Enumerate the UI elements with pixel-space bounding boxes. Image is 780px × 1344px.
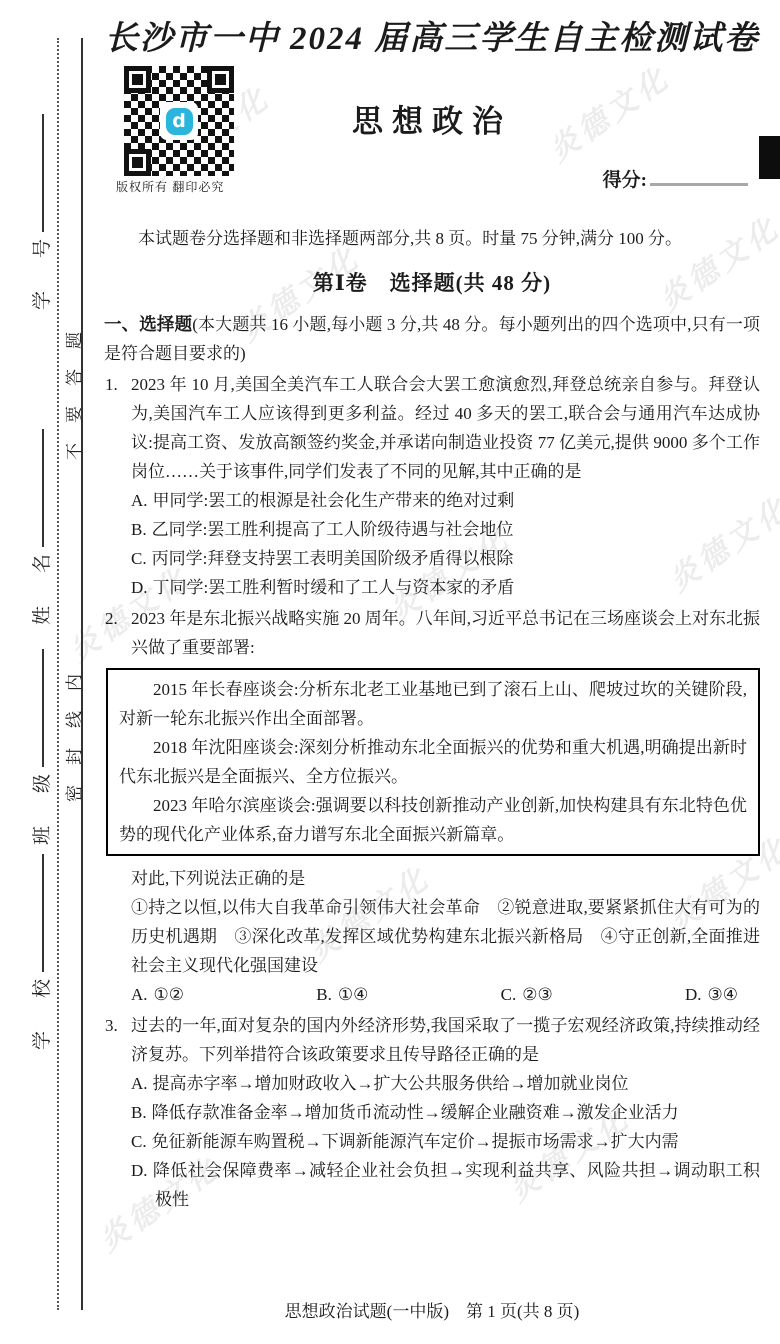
question-3-stem: 过去的一年,面对复杂的国内外经济形势,我国采取了一揽子宏观经济政策,持续推动经济… (131, 1016, 760, 1064)
question-3-option-a: A.提高赤字率→增加财政收入→扩大公共服务供给→增加就业岗位 (131, 1069, 760, 1098)
question-2: 2. 2023 年是东北振兴战略实施 20 周年。八年间,习近平总书记在三场座谈… (104, 604, 760, 662)
question-2-stem: 2023 年是东北振兴战略实施 20 周年。八年间,习近平总书记在三场座谈会上对… (131, 609, 760, 657)
choice-c: C.②③ (501, 980, 553, 1009)
page-footer: 思想政治试题(一中版) 第 1 页(共 8 页) (104, 1297, 760, 1326)
option-label: C. (131, 549, 147, 568)
option-text: 甲同学:罢工的根源是社会化生产带来的绝对过剩 (153, 491, 515, 510)
question-3-option-b: B.降低存款准备金率→增加货币流动性→缓解企业融资难→激发企业活力 (131, 1098, 760, 1127)
choice-text: ①④ (338, 985, 368, 1004)
option-label: D. (131, 578, 148, 597)
blank-line (40, 114, 44, 232)
choice-label: B. (316, 985, 332, 1004)
score-label: 得分: (603, 170, 647, 191)
option-text: 降低存款准备金率→增加货币流动性→缓解企业融资难→激发企业活力 (152, 1103, 679, 1122)
option-text: 免征新能源车购置税→下调新能源汽车定价→提振市场需求→扩大内需 (152, 1132, 679, 1151)
exam-title: 长沙市一中 2024 届高三学生自主检测试卷 (104, 16, 760, 62)
choice-a: A.①② (131, 980, 184, 1009)
question-2-prompt: 对此,下列说法正确的是 (131, 864, 760, 893)
option-label: D. (131, 1161, 148, 1180)
option-label: C. (131, 1132, 147, 1151)
option-text: 丁同学:罢工胜利暂时缓和了工人与资本家的矛盾 (153, 578, 515, 597)
sidebar-field-student-number: 学 号 (28, 114, 57, 310)
question-1-stem: 2023 年 10 月,美国全美汽车工人联合会大罢工愈演愈烈,拜登总统亲自参与。… (131, 375, 760, 481)
choice-b: B.①④ (316, 980, 368, 1009)
exam-paper-page: 炎德文化 炎德文化 炎德文化 炎德文化 炎德文化 炎德文化 炎德文化 炎德文化 … (0, 0, 780, 1344)
sidebar-field-label: 班 级 (32, 767, 53, 845)
question-1-option-d: D.丁同学:罢工胜利暂时缓和了工人与资本家的矛盾 (131, 573, 760, 602)
choice-d: D.③④ (685, 980, 738, 1009)
page-edge-print-mark (759, 136, 780, 179)
option-label: B. (131, 1103, 147, 1122)
qr-finder-icon (124, 149, 151, 176)
choice-text: ①② (154, 985, 184, 1004)
qr-finder-icon (207, 66, 234, 93)
sidebar-field-label: 学 号 (32, 232, 53, 310)
score-field: 得分: (603, 164, 748, 195)
option-label: A. (131, 491, 148, 510)
material-paragraph: 2018 年沈阳座谈会:深刻分析推动东北全面振兴的优势和重大机遇,明确提出新时代… (119, 733, 747, 791)
blank-line (40, 854, 44, 972)
section-note: (本大题共 16 小题,每小题 3 分,共 48 分。每小题列出的四个选项中,只… (104, 315, 760, 363)
choice-label: D. (685, 985, 702, 1004)
question-1-option-c: C.丙同学:拜登支持罢工表明美国阶级矛盾得以根除 (131, 544, 760, 573)
section-heading: 一、选择题(本大题共 16 小题,每小题 3 分,共 48 分。每小题列出的四个… (104, 310, 760, 368)
question-3-number: 3. (105, 1011, 118, 1040)
header-block: d 版权所有 翻印必究 思想政治 得分: (104, 62, 760, 214)
question-2-choices: A.①② B.①④ C.②③ D.③④ (131, 980, 760, 1009)
sidebar-field-school: 学 校 (28, 854, 57, 1050)
option-text: 降低社会保障费率→减轻企业社会负担→实现利益共享、风险共担→调动职工积极性 (153, 1161, 760, 1209)
option-label: A. (131, 1074, 148, 1093)
question-1: 1. 2023 年 10 月,美国全美汽车工人联合会大罢工愈演愈烈,拜登总统亲自… (104, 370, 760, 486)
choice-label: A. (131, 985, 148, 1004)
qr-finder-icon (124, 66, 151, 93)
material-box: 2015 年长春座谈会:分析东北老工业基地已到了滚石上山、爬坡过坎的关键阶段,对… (106, 668, 760, 856)
score-blank-line (650, 164, 748, 186)
choice-label: C. (501, 985, 517, 1004)
question-2-statements: ①持之以恒,以伟大自我革命引领伟大社会革命 ②锐意进取,要紧紧抓住大有可为的历史… (131, 893, 760, 980)
sidebar-field-name: 姓 名 (28, 429, 57, 625)
seal-text-upper: 不要答题 (60, 312, 89, 460)
option-label: B. (131, 520, 147, 539)
blank-line (40, 649, 44, 767)
seal-text-lower: 密封线内 (60, 654, 89, 802)
choice-text: ③④ (708, 985, 738, 1004)
seal-dotted-line (57, 38, 59, 1310)
material-paragraph: 2023 年哈尔滨座谈会:强调要以科技创新推动产业创新,加快构建具有东北特色优势… (119, 791, 747, 849)
blank-line (40, 429, 44, 547)
sidebar-field-label: 姓 名 (32, 547, 53, 625)
exam-instructions: 本试题卷分选择题和非选择题两部分,共 8 页。时量 75 分钟,满分 100 分… (104, 224, 760, 253)
choice-text: ②③ (522, 985, 552, 1004)
copyright-caption: 版权所有 翻印必究 (116, 178, 246, 196)
material-paragraph: 2015 年长春座谈会:分析东北老工业基地已到了滚石上山、爬坡过坎的关键阶段,对… (119, 675, 747, 733)
option-text: 提高赤字率→增加财政收入→扩大公共服务供给→增加就业岗位 (153, 1074, 629, 1093)
main-content: 长沙市一中 2024 届高三学生自主检测试卷 d 版权所有 翻印必究 思想政治 … (104, 0, 760, 1214)
sidebar-field-label: 学 校 (32, 972, 53, 1050)
subject-title: 思想政治 (104, 102, 760, 142)
section-label: 一、选择题 (104, 314, 192, 334)
question-3-option-c: C.免征新能源车购置税→下调新能源汽车定价→提振市场需求→扩大内需 (131, 1127, 760, 1156)
part1-title: 第Ⅰ卷 选择题(共 48 分) (104, 269, 760, 298)
question-1-option-a: A.甲同学:罢工的根源是社会化生产带来的绝对过剩 (131, 486, 760, 515)
question-1-option-b: B.乙同学:罢工胜利提高了工人阶级待遇与社会地位 (131, 515, 760, 544)
question-3-option-d: D.降低社会保障费率→减轻企业社会负担→实现利益共享、风险共担→调动职工积极性 (131, 1156, 760, 1214)
option-text: 乙同学:罢工胜利提高了工人阶级待遇与社会地位 (152, 520, 514, 539)
sidebar-field-class: 班 级 (28, 649, 57, 845)
question-1-number: 1. (105, 370, 118, 399)
option-text: 丙同学:拜登支持罢工表明美国阶级矛盾得以根除 (152, 549, 514, 568)
question-3: 3. 过去的一年,面对复杂的国内外经济形势,我国采取了一揽子宏观经济政策,持续推… (104, 1011, 760, 1069)
question-2-number: 2. (105, 604, 118, 633)
